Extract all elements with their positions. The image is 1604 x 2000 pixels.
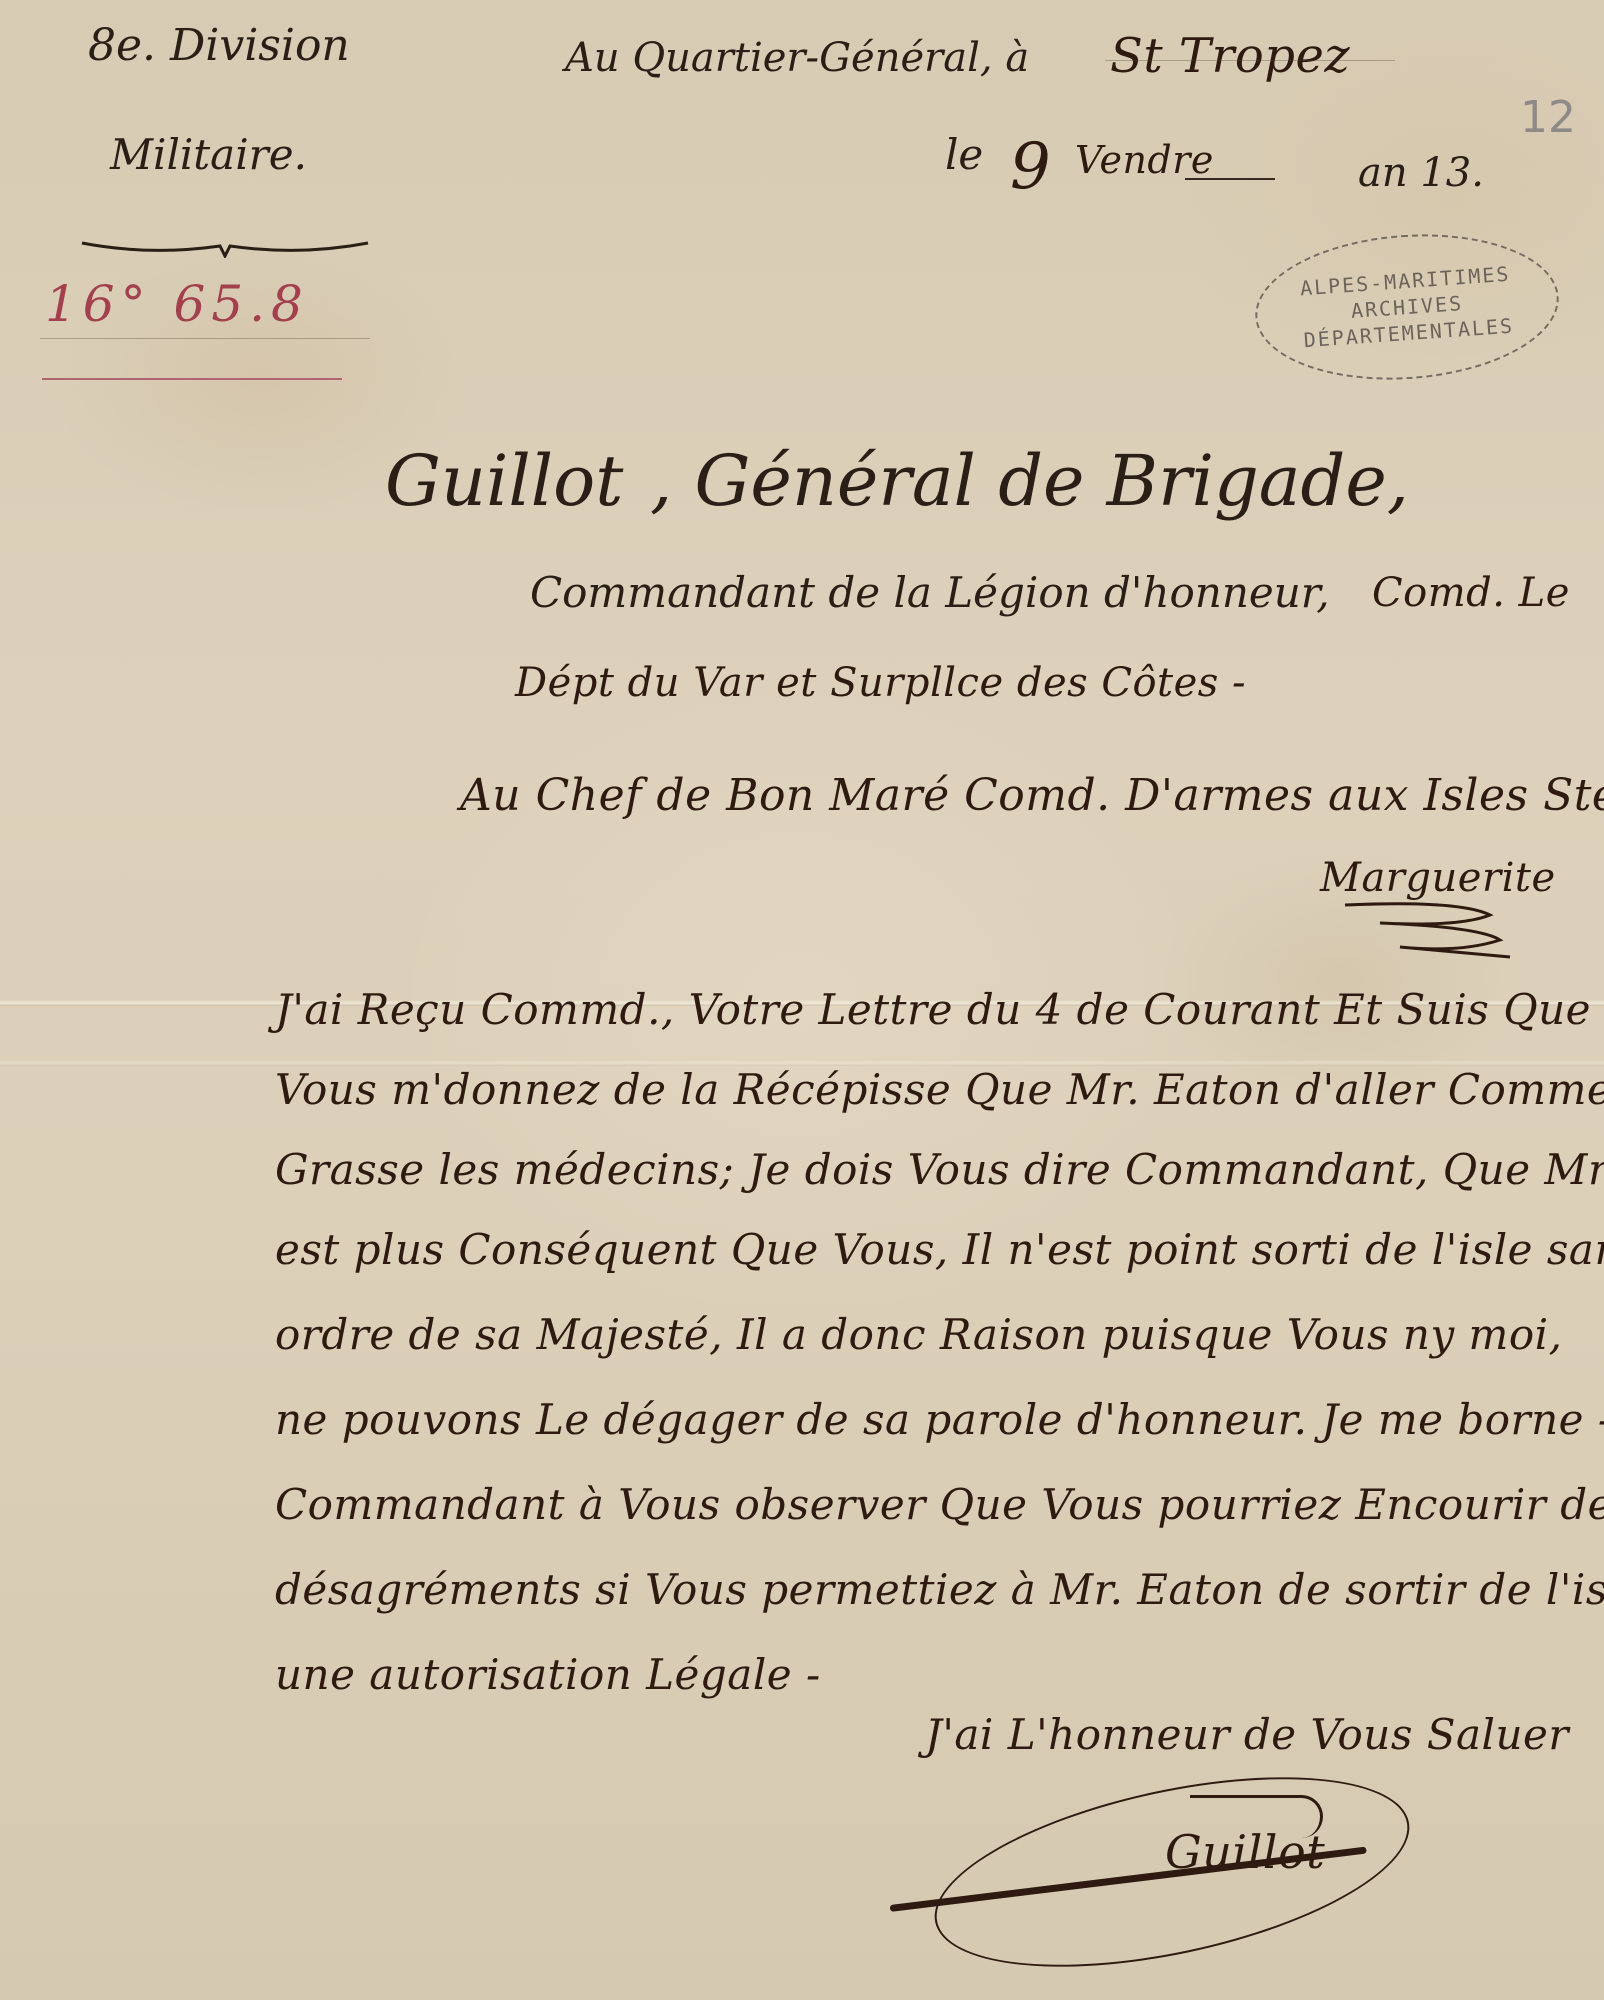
- date-month: Vendre: [1075, 138, 1214, 182]
- closing-salutation: J'ai L'honneur de Vous Saluer: [925, 1710, 1569, 1759]
- sender-command: Commandant de la Légion d'honneur,: [530, 568, 1330, 617]
- body-line: ordre de sa Majesté, Il a donc Raison pu…: [275, 1310, 1562, 1359]
- archive-number: 16° 65.8: [45, 275, 309, 333]
- archives-stamp: ALPES-MARITIMES ARCHIVES DÉPARTEMENTALES: [1250, 225, 1563, 390]
- document-page: 8e. Division Militaire. 16° 65.8 Au Quar…: [0, 0, 1604, 2000]
- sender-command-addition: Comd. Le: [1372, 570, 1570, 616]
- pencil-folio-number: 12: [1520, 92, 1576, 143]
- recipient-line-1: Au Chef de Bon Maré Comd. D'armes aux Is…: [460, 770, 1604, 821]
- body-line: Commandant à Vous observer Que Vous pour…: [275, 1480, 1604, 1529]
- red-underline: [42, 378, 342, 380]
- body-line: Grasse les médecins; Je dois Vous dire C…: [275, 1145, 1604, 1194]
- date-line: [1185, 178, 1275, 180]
- headquarters-label: Au Quartier-Général, à: [565, 35, 1029, 81]
- brace-ornament: [80, 238, 370, 258]
- place-name: St Tropez: [1110, 28, 1350, 84]
- sender-rank: , Général de Brigade,: [650, 440, 1409, 522]
- body-line: Vous m'donnez de la Récépisse Que Mr. Ea…: [275, 1065, 1604, 1114]
- recipient-flourish: [1340, 895, 1520, 965]
- date-prefix: le: [945, 130, 983, 179]
- sender-jurisdiction: Dépt du Var et Surpllce des Côtes -: [515, 660, 1246, 706]
- body-line: J'ai Reçu Commd., Votre Lettre du 4 de C…: [275, 985, 1591, 1034]
- date-day: 9: [1010, 130, 1051, 204]
- body-line: est plus Conséquent Que Vous, Il n'est p…: [275, 1225, 1604, 1274]
- divider: [40, 338, 370, 339]
- year-label: an 13.: [1358, 150, 1484, 196]
- body-line: ne pouvons Le dégager de sa parole d'hon…: [275, 1395, 1604, 1444]
- sender-name: Guillot: [385, 440, 623, 522]
- division-label: 8e. Division: [88, 20, 350, 71]
- place-line: [1105, 60, 1395, 61]
- division-label-line2: Militaire.: [110, 130, 307, 179]
- body-line: une autorisation Légale -: [275, 1650, 821, 1699]
- body-line: désagréments si Vous permettiez à Mr. Ea…: [275, 1565, 1604, 1614]
